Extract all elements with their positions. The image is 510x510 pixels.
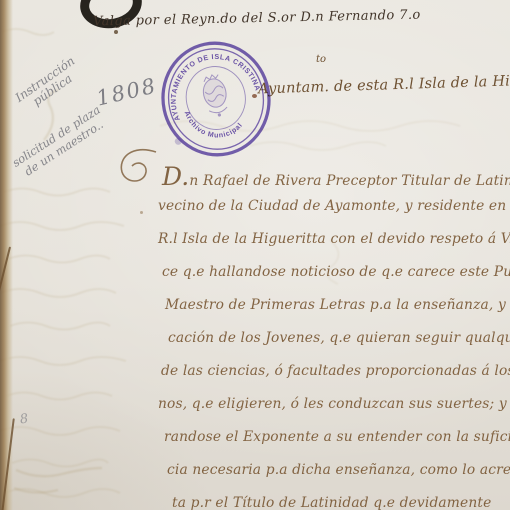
archive-oval-stamp: AYUNTAMIENTO DE ISLA CRISTINA Archivo Mu… [145, 28, 287, 170]
addressee-line: Ayuntam. de esta R.l Isla de la Higue [258, 73, 510, 98]
manuscript-line: vecino de la Ciudad de Ayamonte, y resid… [158, 198, 510, 214]
addressee-superscript: to [316, 54, 326, 65]
ink-speck [114, 30, 118, 34]
pencil-margin-figure: 8 [19, 411, 29, 427]
manuscript-line: cia necesaria p.a dicha enseñanza, como … [167, 462, 510, 478]
manuscript-line: randose el Exponente a su entender con l… [164, 429, 510, 445]
revalidation-line: Valga por el Reyn.do del S.or D.n Fernan… [93, 8, 421, 30]
manuscript-line: ta p.r el Título de Latinidad q.e devida… [172, 495, 491, 510]
manuscript-line: R.l Isla de la Higueritta con el devido … [158, 231, 510, 247]
manuscript-line: D.n Rafael de Rivera Preceptor Titular d… [162, 162, 510, 191]
manuscript-photo: Valga por el Reyn.do del S.or D.n Fernan… [0, 0, 510, 510]
ink-speck [252, 94, 257, 98]
stamp-coat-of-arms [200, 73, 231, 119]
ink-speck [140, 211, 143, 214]
manuscript-line: ce q.e hallandose noticioso de q.e carec… [162, 264, 510, 280]
manuscript-line: cación de los Jovenes, q.e quieran segui… [168, 330, 510, 346]
manuscript-line: nos, q.e eligieren, ó les conduzcan sus … [158, 396, 510, 412]
manuscript-line: Maestro de Primeras Letras p.a la enseña… [165, 297, 510, 313]
initial-flourish [112, 142, 164, 192]
manuscript-line: de las ciencias, ó facultades proporcion… [161, 363, 510, 379]
